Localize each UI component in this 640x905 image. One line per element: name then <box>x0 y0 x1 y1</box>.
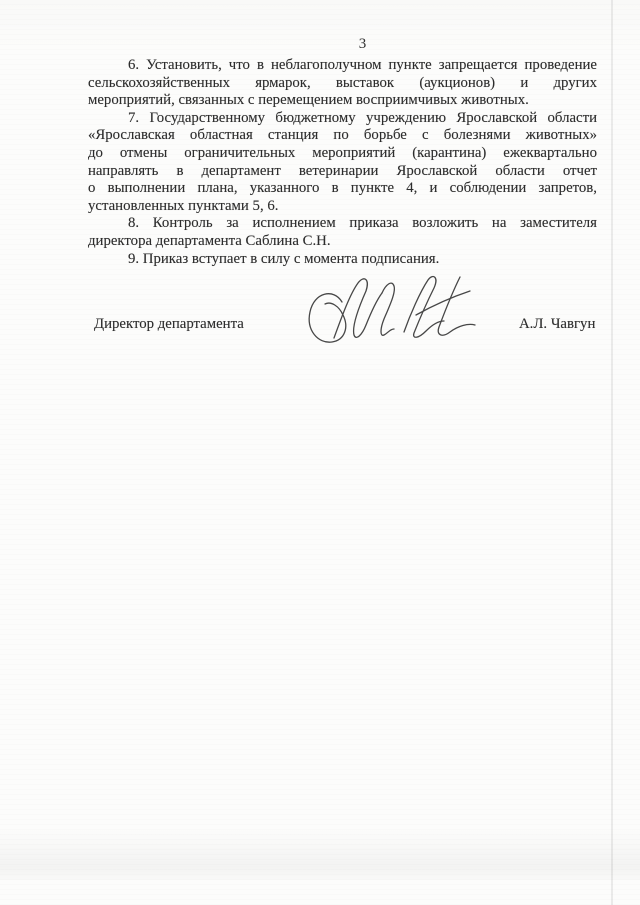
document-line: «Ярославская областная станция по борьбе… <box>88 127 597 145</box>
document-line: 9. Приказ вступает в силу с момента подп… <box>88 251 597 269</box>
document-line: директора департамента Саблина С.Н. <box>88 233 597 251</box>
document-line: 8. Контроль за исполнением приказа возло… <box>88 215 597 233</box>
document-line: о выполнении плана, указанного в пункте … <box>88 180 597 198</box>
document-line: направлять в департамент ветеринарии Яро… <box>88 163 597 181</box>
page-number: 3 <box>88 36 597 53</box>
scan-artifact-shadow-band <box>0 828 640 880</box>
scan-artifact-vertical-line <box>611 0 613 905</box>
document-body: 6. Установить, что в неблагополучном пун… <box>88 57 597 268</box>
document-line: установленных пунктами 5, 6. <box>88 198 597 216</box>
document-line: сельскохозяйственных ярмарок, выставок (… <box>88 75 597 93</box>
scanned-document-page: 3 6. Установить, что в неблагополучном п… <box>0 0 640 905</box>
document-line: мероприятий, связанных с перемещением во… <box>88 92 597 110</box>
signatory-name: А.Л. Чавгун <box>519 316 595 333</box>
document-line: до отмены ограничительных мероприятий (к… <box>88 145 597 163</box>
document-line: 6. Установить, что в неблагополучном пун… <box>88 57 597 75</box>
handwritten-signature-icon <box>298 270 486 358</box>
document-line: 7. Государственному бюджетному учреждени… <box>88 110 597 128</box>
signatory-title: Директор департамента <box>94 316 244 333</box>
